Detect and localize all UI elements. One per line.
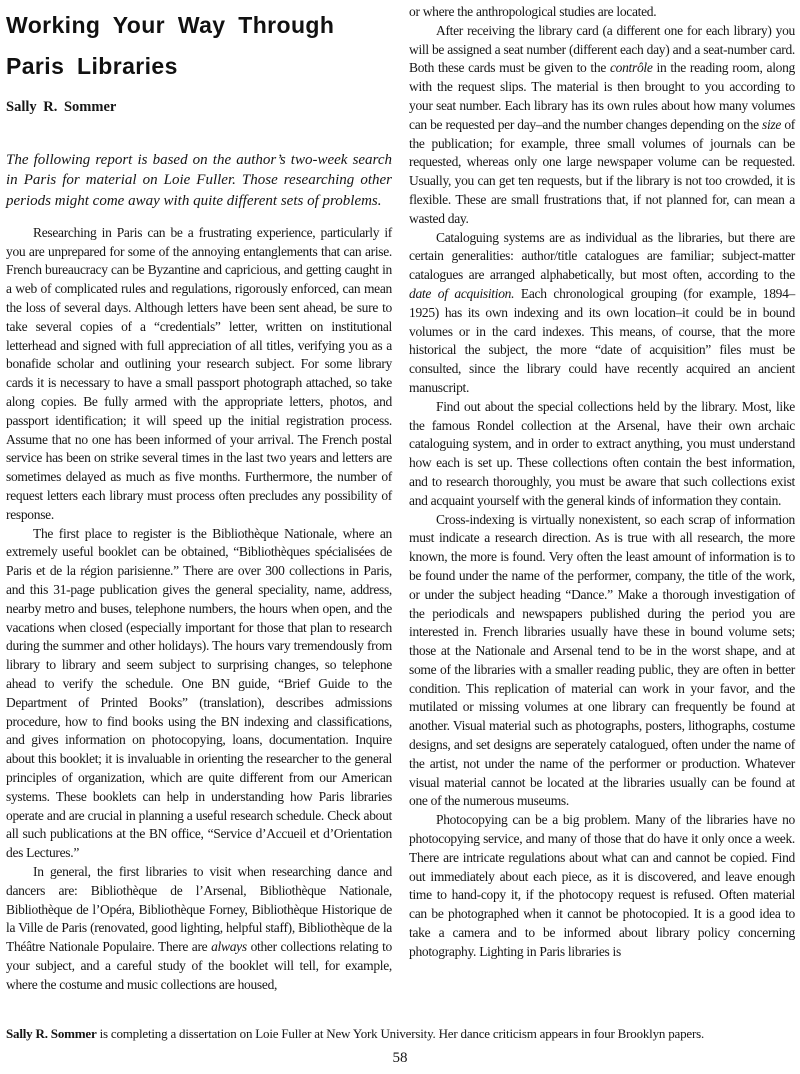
paragraph: Find out about the special collections h… — [409, 398, 795, 511]
left-column-body: Researching in Paris can be a frustratin… — [6, 224, 392, 995]
paragraph: Photocopying can be a big problem. Many … — [409, 811, 795, 961]
italic-phrase: contrôle — [610, 60, 653, 75]
italic-phrase: size — [762, 117, 781, 132]
paragraph: In general, the first libraries to visit… — [6, 863, 392, 995]
abstract: The following report is based on the aut… — [6, 150, 392, 211]
right-column: or where the anthropological studies are… — [409, 3, 795, 962]
article-title: Working Your Way Through Paris Libraries — [6, 5, 392, 87]
footnote: Sally R. Sommer is completing a disserta… — [6, 1026, 795, 1042]
article-title-line-2: Paris Libraries — [6, 46, 392, 87]
paragraph: or where the anthropological studies are… — [409, 3, 795, 22]
article-page: Working Your Way Through Paris Libraries… — [0, 0, 800, 1074]
paragraph: Cross-indexing is virtually nonexistent,… — [409, 511, 795, 812]
footnote-author: Sally R. Sommer — [6, 1026, 97, 1041]
two-column-layout: Working Your Way Through Paris Libraries… — [0, 0, 800, 1019]
footnote-text: is completing a dissertation on Loie Ful… — [97, 1026, 704, 1041]
page-number: 58 — [0, 1050, 800, 1067]
paragraph: Researching in Paris can be a frustratin… — [6, 224, 392, 525]
paragraph: After receiving the library card (a diff… — [409, 22, 795, 229]
author-byline: Sally R. Sommer — [6, 99, 392, 116]
article-title-line-1: Working Your Way Through — [6, 5, 392, 46]
italic-phrase: date of acquisition. — [409, 286, 514, 301]
paragraph: The first place to register is the Bibli… — [6, 525, 392, 863]
italic-phrase: always — [211, 939, 247, 954]
left-column: Working Your Way Through Paris Libraries… — [6, 3, 392, 995]
paragraph: Cataloguing systems are as individual as… — [409, 229, 795, 398]
